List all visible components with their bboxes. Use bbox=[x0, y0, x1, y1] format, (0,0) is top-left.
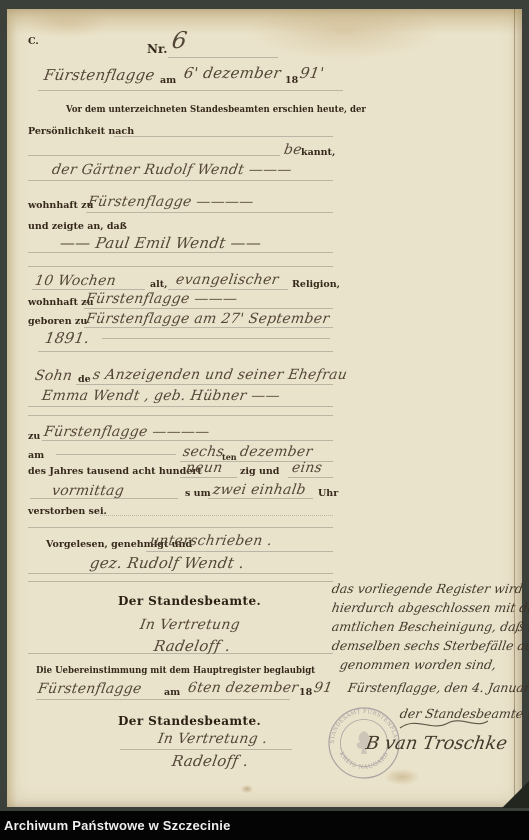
margin-note-line: genommen worden sind, bbox=[339, 657, 498, 672]
kannt-label: kannt, bbox=[301, 147, 335, 158]
geboren-label: geboren zu bbox=[28, 316, 87, 327]
birth-year: 1891. bbox=[44, 329, 91, 347]
ruled-line bbox=[28, 581, 333, 582]
s-um-label: s um bbox=[185, 488, 211, 499]
in-vertretung-1: In Vertretung bbox=[139, 617, 241, 633]
wohnhaft-label: wohnhaft zu bbox=[28, 200, 93, 211]
registrar-signature-2: Radeloff . bbox=[171, 752, 250, 770]
ruled-line bbox=[28, 180, 333, 181]
ruled-line bbox=[208, 498, 313, 499]
jahr-label: des Jahres tausend acht hundert bbox=[28, 466, 202, 477]
certify-am-label: am bbox=[164, 687, 180, 698]
margin-note-line: demselben sechs Sterbefälle auf- bbox=[331, 638, 529, 653]
age-value: 10 Wochen bbox=[34, 273, 118, 289]
ruled-line bbox=[146, 551, 333, 552]
ruled-line bbox=[32, 289, 145, 290]
ruled-line bbox=[36, 699, 290, 700]
wohnhaft2-label: wohnhaft zu bbox=[28, 297, 93, 308]
ruled-line bbox=[168, 57, 278, 58]
ruled-line bbox=[102, 338, 330, 339]
zu-label: zu bbox=[28, 431, 40, 442]
declarant-name: der Gärtner Rudolf Wendt ——— bbox=[51, 162, 293, 178]
corner-mark: C. bbox=[28, 36, 39, 47]
ruled-line bbox=[76, 384, 333, 385]
ruled-line bbox=[38, 351, 333, 352]
death-month: dezember bbox=[239, 444, 314, 460]
ruled-line bbox=[56, 454, 176, 455]
report-place: Fürstenflagge bbox=[43, 66, 157, 84]
certify-year: 91 bbox=[313, 680, 334, 696]
declarant-residence: Fürstenflagge ———— bbox=[87, 194, 255, 210]
ruled-line bbox=[28, 415, 333, 416]
parents-handwritten: s Anzeigenden und seiner Ehefrau bbox=[92, 367, 349, 383]
margin-note-place-date: Fürstenflagge, den 4. Januar 1892 bbox=[347, 680, 529, 695]
deceased-name: —— Paul Emil Wendt —— bbox=[59, 234, 263, 252]
religion-label: Religion, bbox=[292, 279, 340, 290]
ruled-line bbox=[120, 749, 292, 750]
ruled-line bbox=[84, 327, 333, 328]
margin-note-line: amtlichen Bescheinigung, daß in bbox=[331, 619, 529, 634]
unterschrieben-handwritten: unterschrieben . bbox=[149, 533, 274, 549]
certify-label: Die Uebereinstimmung mit dem Hauptregist… bbox=[36, 665, 315, 676]
intro-line1: Vor dem unterzeichneten Standesbeamten e… bbox=[66, 104, 366, 115]
ruled-line bbox=[28, 252, 333, 253]
ruled-line bbox=[100, 515, 333, 516]
ruled-line bbox=[180, 477, 237, 478]
certify-century: 18 bbox=[299, 687, 312, 698]
am2-label: am bbox=[28, 450, 44, 461]
margin-note-line: das vorliegende Register wird bbox=[331, 581, 524, 596]
watermark-bar: Archiwum Państwowe w Szczecinie bbox=[0, 811, 529, 840]
birth-place-date: Fürstenflagge am 27' September bbox=[85, 311, 331, 327]
nr-label: Nr. bbox=[147, 42, 167, 56]
am-label: am bbox=[160, 75, 176, 86]
ruled-line bbox=[28, 653, 333, 654]
standesbeamte-heading-1: Der Standesbeamte. bbox=[118, 594, 248, 608]
certify-date: 6ten dezember bbox=[187, 680, 300, 696]
certify-place: Fürstenflagge bbox=[37, 681, 143, 697]
ruled-line bbox=[28, 527, 333, 528]
year-ones: eins bbox=[291, 460, 324, 476]
ruled-line bbox=[28, 573, 333, 574]
in-vertretung-2: In Vertretung . bbox=[157, 731, 269, 747]
ruled-line bbox=[84, 308, 333, 309]
ruled-line bbox=[30, 498, 178, 499]
ruled-line bbox=[168, 289, 288, 290]
margin-note-signature: B van Troschke bbox=[364, 733, 508, 754]
archive-watermark-text: Archiwum Państwowe w Szczecinie bbox=[4, 818, 231, 833]
daytime-value: vormittag bbox=[51, 483, 126, 499]
gez-signature: gez. Rudolf Wendt . bbox=[89, 554, 246, 572]
report-date: 6' dezember bbox=[183, 64, 283, 82]
uhr-label: Uhr bbox=[318, 488, 338, 499]
margin-note-line: hierdurch abgeschlossen mit der bbox=[331, 600, 529, 615]
ruled-line bbox=[28, 155, 280, 156]
zig-und-label: zig und bbox=[240, 466, 279, 477]
hour-value: zwei einhalb bbox=[212, 482, 307, 498]
standesbeamte-heading-2: Der Standesbeamte. bbox=[118, 714, 248, 728]
religion-value: evangelischer bbox=[175, 272, 280, 288]
ruled-line bbox=[86, 212, 333, 213]
relation-handwritten: Sohn bbox=[34, 368, 74, 384]
ruled-line bbox=[28, 406, 333, 407]
alt-label: alt, bbox=[150, 279, 167, 290]
scanned-document: C. Nr. 6 Fürstenflagge am 6' dezember 18… bbox=[0, 0, 529, 840]
zeigte-label: und zeigte an, daß bbox=[28, 221, 127, 232]
ruled-line bbox=[114, 136, 333, 137]
death-day: sechs bbox=[182, 444, 226, 460]
deceased-residence: Fürstenflagge ——— bbox=[85, 291, 239, 307]
ruled-line bbox=[288, 477, 333, 478]
mother-name: Emma Wendt , geb. Hübner —— bbox=[41, 388, 281, 404]
verstorben-label: verstorben sei. bbox=[28, 506, 107, 517]
ruled-line bbox=[28, 266, 333, 267]
century-label: 18 bbox=[285, 75, 298, 86]
ruled-line bbox=[38, 90, 343, 91]
ruled-line bbox=[42, 440, 333, 441]
report-year: 91' bbox=[299, 64, 326, 82]
signature-flourish bbox=[398, 718, 490, 732]
year-tens: neun bbox=[185, 460, 224, 476]
death-place: Fürstenflagge ———— bbox=[43, 424, 211, 440]
